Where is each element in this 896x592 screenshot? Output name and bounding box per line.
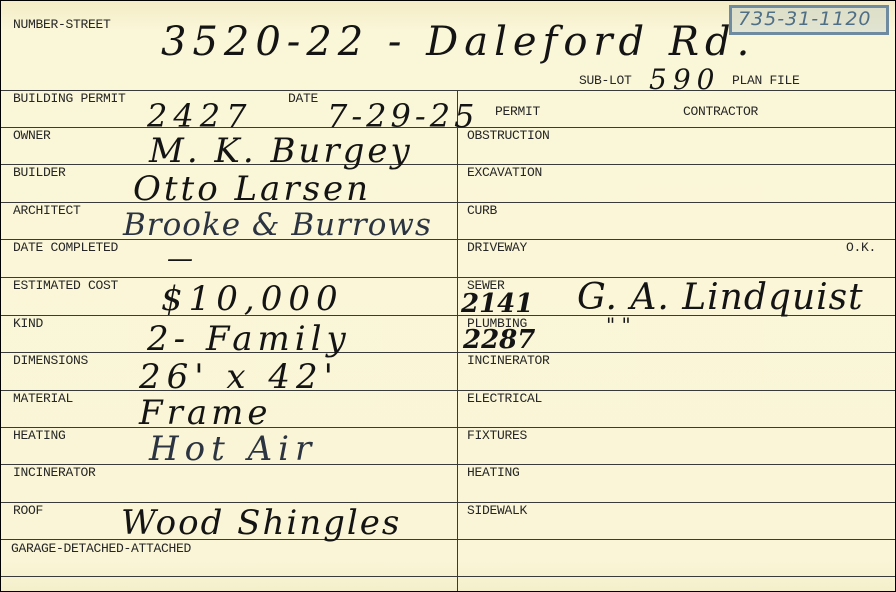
row-rule	[1, 390, 895, 391]
sewer-contractor: G. A. Lindquist	[577, 277, 864, 318]
date-completed-value: —	[167, 244, 193, 274]
heating-value: Hot Air	[149, 429, 317, 469]
roof-value: Wood Shingles	[121, 503, 401, 543]
file-number: 735-31-1120	[738, 8, 872, 30]
number-street-value: 3520-22 - Daleford Rd.	[161, 19, 755, 65]
material-label: MATERIAL	[13, 391, 73, 406]
sewer-permit: 2141	[461, 289, 533, 319]
sub-lot-value: 590	[649, 63, 720, 96]
architect-value: Brooke & Burrows	[123, 207, 432, 243]
building-permit-card: NUMBER-STREET 3520-22 - Daleford Rd. 735…	[1, 1, 895, 591]
contractor-header: CONTRACTOR	[683, 104, 758, 119]
column-divider	[457, 90, 458, 591]
excavation-label: EXCAVATION	[467, 165, 542, 180]
owner-label: OWNER	[13, 128, 51, 143]
building-permit-value: 2427	[147, 97, 252, 135]
heating-label: HEATING	[13, 428, 66, 443]
estimated-cost-label: ESTIMATED COST	[13, 278, 118, 293]
builder-label: BUILDER	[13, 165, 66, 180]
curb-label: CURB	[467, 203, 497, 218]
electrical-label: ELECTRICAL	[467, 391, 542, 406]
obstruction-label: OBSTRUCTION	[467, 128, 550, 143]
driveway-contractor: O.K.	[846, 240, 876, 255]
row-rule	[1, 427, 895, 428]
material-value: Frame	[139, 393, 271, 433]
fixtures-label: FIXTURES	[467, 428, 527, 443]
plumbing-contractor: " "	[606, 313, 631, 337]
kind-label: KIND	[13, 316, 43, 331]
dimensions-label: DIMENSIONS	[13, 353, 88, 368]
driveway-label: DRIVEWAY	[467, 240, 527, 255]
architect-label: ARCHITECT	[13, 203, 81, 218]
permit-header: PERMIT	[495, 104, 540, 119]
sidewalk-label: SIDEWALK	[467, 503, 527, 518]
number-street-label: NUMBER-STREET	[13, 17, 111, 32]
file-number-stamp: 735-31-1120	[729, 5, 889, 35]
sub-lot-label: SUB-LOT	[579, 73, 632, 88]
builder-value: Otto Larsen	[133, 169, 371, 209]
date-value: 7-29-25	[327, 97, 478, 135]
heating-right-label: HEATING	[467, 465, 520, 480]
building-permit-label: BUILDING PERMIT	[13, 91, 126, 106]
date-completed-label: DATE COMPLETED	[13, 240, 118, 255]
incinerator-label: INCINERATOR	[13, 465, 96, 480]
date-label: DATE	[288, 91, 318, 106]
row-rule	[1, 464, 895, 465]
row-rule	[1, 352, 895, 353]
estimated-cost-value: $10,000	[161, 279, 344, 319]
row-rule	[1, 576, 895, 577]
incinerator-right-label: INCINERATOR	[467, 353, 550, 368]
plumbing-permit: 2287	[463, 325, 535, 355]
owner-value: M. K. Burgey	[149, 131, 413, 171]
kind-value: 2- Family	[147, 319, 351, 359]
dimensions-value: 26' x 42'	[139, 357, 339, 397]
plan-file-label: PLAN FILE	[732, 73, 800, 88]
divider	[1, 90, 895, 91]
row-rule	[1, 164, 895, 165]
roof-label: ROOF	[13, 503, 43, 518]
garage-label: GARAGE-DETACHED-ATTACHED	[11, 541, 191, 556]
